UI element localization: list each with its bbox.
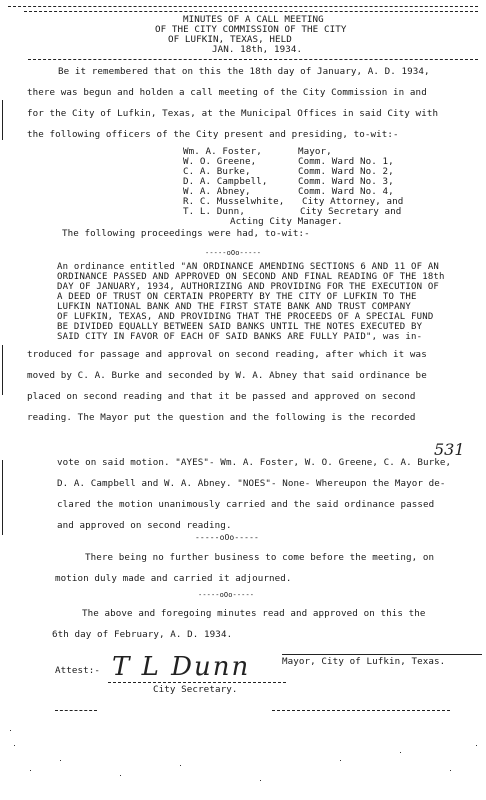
- vote-line-2: D. A. Campbell and W. A. Abney. "NOES"- …: [57, 478, 446, 489]
- vote-line-3: clared the motion unanimously carried an…: [57, 499, 434, 510]
- separator-3: -----oOo-----: [198, 591, 254, 599]
- scan-speck: [120, 775, 121, 776]
- opening-line-2: there was begun and holden a call meetin…: [27, 87, 427, 98]
- adjournment-line-1: There being no further business to come …: [85, 552, 434, 563]
- vote-line-1: vote on said motion. "AYES"- Wm. A. Fost…: [57, 457, 451, 468]
- separator-2: -----oOo-----: [195, 533, 259, 542]
- opening-line-4: the following officers of the City prese…: [27, 129, 399, 140]
- left-margin-mark: [2, 100, 3, 140]
- secretary-signature-line: [108, 682, 286, 683]
- proceedings-intro: The following proceedings were had, to-w…: [62, 228, 310, 239]
- ordinance-body-2: moved by C. A. Burke and seconded by W. …: [27, 370, 427, 381]
- adjournment-line-2: motion duly made and carried it adjourne…: [55, 573, 292, 584]
- vote-line-4: and approved on second reading.: [57, 520, 232, 531]
- header-dashed-rule: [28, 59, 478, 60]
- ordinance-line-5: LUFKIN NATIONAL BANK AND THE FIRST STATE…: [57, 302, 411, 312]
- attest-label: Attest:-: [55, 665, 100, 676]
- scan-speck: [340, 760, 341, 761]
- ordinance-line-4: A DEED OF TRUST ON CERTAIN PROPERTY BY T…: [57, 292, 417, 302]
- ordinance-line-7: BE DIVIDED EQUALLY BETWEEN SAID BANKS UN…: [57, 322, 422, 332]
- secretary-signature: T L Dunn: [112, 652, 250, 682]
- approval-line-2: 6th day of February, A. D. 1934.: [52, 629, 232, 640]
- separator: -----oOo-----: [205, 249, 261, 257]
- scan-speck: [30, 770, 31, 771]
- ordinance-line-3: DAY OF JANUARY, 1934, AUTHORIZING AND PR…: [57, 282, 439, 292]
- document-page: MINUTES OF A CALL MEETING OF THE CITY CO…: [0, 0, 486, 800]
- scan-speck: [400, 752, 401, 753]
- ordinance-body-3: placed on second reading and that it be …: [27, 391, 416, 402]
- mayor-label: Mayor, City of Lufkin, Texas.: [282, 656, 445, 667]
- ordinance-line-6: OF LUFKIN, TEXAS, AND PROVIDING THAT THE…: [57, 312, 433, 322]
- opening-line-3: for the City of Lufkin, Texas, at the Mu…: [27, 108, 438, 119]
- ordinance-body-4: reading. The Mayor put the question and …: [27, 412, 416, 423]
- top-dashed-rule-2: [24, 11, 478, 12]
- ordinance-body-1: troduced for passage and approval on sec…: [27, 349, 427, 360]
- ordinance-line-8: SAID CITY IN FAVOR OF EACH OF SAID BANKS…: [57, 332, 422, 342]
- opening-line-1: Be it remembered that on this the 18th d…: [58, 66, 430, 77]
- ordinance-line-2: ORDINANCE PASSED AND APPROVED ON SECOND …: [57, 272, 445, 282]
- left-margin-mark-2: [2, 345, 3, 395]
- left-margin-mark-3: [2, 460, 3, 535]
- scan-speck: [180, 765, 181, 766]
- approval-line-1: The above and foregoing minutes read and…: [82, 608, 426, 619]
- scan-speck: [476, 745, 477, 746]
- secretary-label: City Secretary.: [153, 684, 237, 695]
- ordinance-line-1: An ordinance entitled "AN ORDINANCE AMEN…: [57, 262, 439, 272]
- bottom-dashed-rule-left: [55, 710, 97, 711]
- scan-speck: [14, 745, 15, 746]
- officers-continuation: Acting City Manager.: [230, 216, 343, 227]
- mayor-signature-line: [282, 654, 482, 655]
- scan-speck: [450, 770, 451, 771]
- top-dashed-rule: [8, 6, 478, 7]
- scan-speck: [260, 780, 261, 781]
- bottom-dashed-rule-right: [272, 710, 450, 711]
- scan-speck: [60, 760, 61, 761]
- header-line-4: JAN. 18th, 1934.: [212, 44, 302, 55]
- scan-speck: [10, 730, 11, 731]
